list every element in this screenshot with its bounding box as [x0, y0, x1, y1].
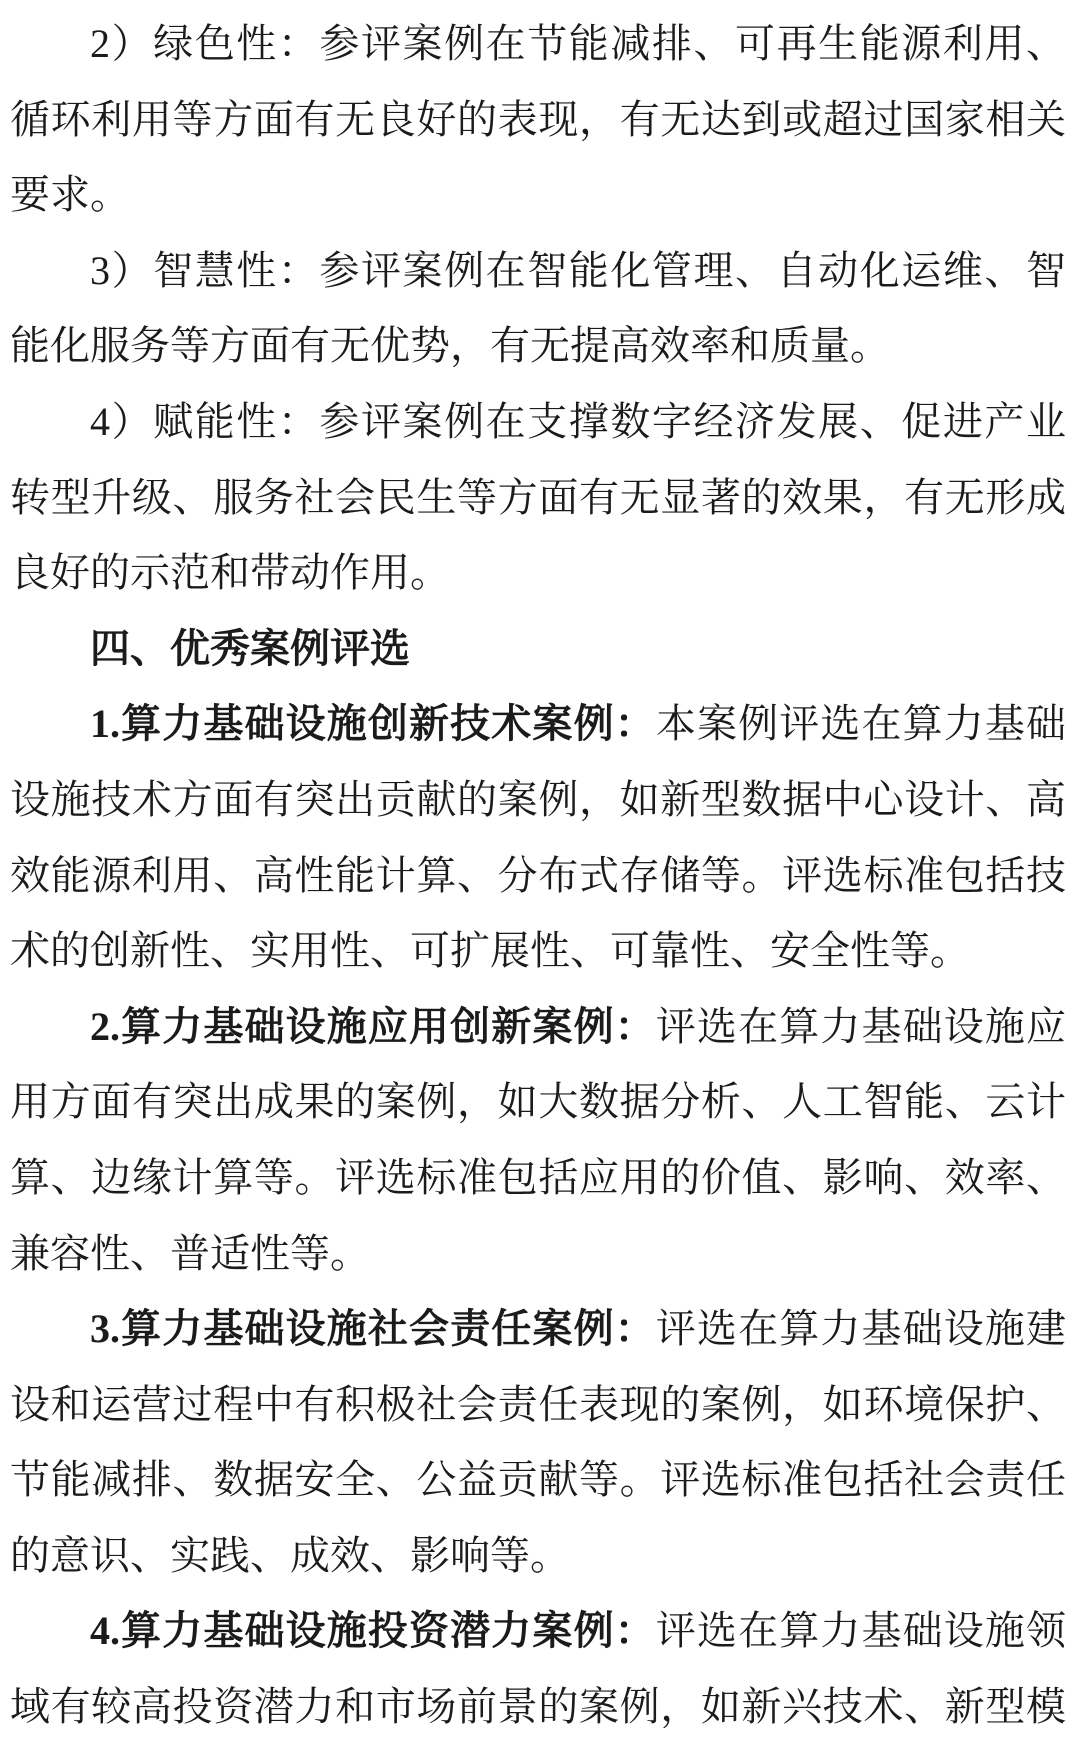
line-text-segment: 4）赋能性：参评案例在支撑数字经济发展、促进产业 — [90, 399, 1066, 444]
line-bold-segment: 2.算力基础设施应用创新案例： — [90, 1004, 656, 1049]
text-line: 4）赋能性：参评案例在支撑数字经济发展、促进产业 — [10, 384, 1066, 460]
line-text-segment: 设施技术方面有突出贡献的案例，如新型数据中心设计、高 — [10, 777, 1066, 822]
line-text-segment: 3）智慧性：参评案例在智能化管理、自动化运维、智 — [90, 248, 1066, 293]
line-text-segment: 兼容性、普适性等。 — [10, 1231, 370, 1276]
line-text-segment: 要求。 — [10, 172, 130, 217]
line-text-segment: 能化服务等方面有无优势，有无提高效率和质量。 — [10, 323, 890, 368]
text-line: 域有较高投资潜力和市场前景的案例，如新兴技术、新型模 — [10, 1669, 1066, 1745]
line-text-segment: 良好的示范和带动作用。 — [10, 550, 450, 595]
text-line: 良好的示范和带动作用。 — [10, 535, 1066, 611]
text-line: 转型升级、服务社会民生等方面有无显著的效果，有无形成 — [10, 460, 1066, 536]
line-text-segment: 节能减排、数据安全、公益贡献等。评选标准包括社会责任 — [10, 1457, 1066, 1502]
text-line: 算、边缘计算等。评选标准包括应用的价值、影响、效率、 — [10, 1140, 1066, 1216]
text-line: 节能减排、数据安全、公益贡献等。评选标准包括社会责任 — [10, 1442, 1066, 1518]
line-text-segment: 评选在算力基础设施建 — [656, 1306, 1066, 1351]
line-text-segment: 本案例评选在算力基础 — [656, 701, 1066, 746]
line-text-segment: 的意识、实践、成效、影响等。 — [10, 1533, 570, 1578]
text-line: 术的创新性、实用性、可扩展性、可靠性、安全性等。 — [10, 913, 1066, 989]
line-text-segment: 域有较高投资潜力和市场前景的案例，如新兴技术、新型模 — [10, 1684, 1066, 1729]
line-text-segment: 2）绿色性：参评案例在节能减排、可再生能源利用、 — [90, 21, 1066, 66]
text-line: 2.算力基础设施应用创新案例：评选在算力基础设施应 — [10, 989, 1066, 1065]
line-text-segment: 评选在算力基础设施应 — [656, 1004, 1066, 1049]
text-line: 4.算力基础设施投资潜力案例：评选在算力基础设施领 — [10, 1593, 1066, 1669]
line-text-segment: 评选在算力基础设施领 — [656, 1608, 1066, 1653]
text-line: 1.算力基础设施创新技术案例：本案例评选在算力基础 — [10, 686, 1066, 762]
text-line: 要求。 — [10, 157, 1066, 233]
line-text-segment: 效能源利用、高性能计算、分布式存储等。评选标准包括技 — [10, 853, 1066, 898]
line-text-segment: 设和运营过程中有积极社会责任表现的案例，如环境保护、 — [10, 1382, 1066, 1427]
line-text-segment: 转型升级、服务社会民生等方面有无显著的效果，有无形成 — [10, 475, 1066, 520]
text-line: 能化服务等方面有无优势，有无提高效率和质量。 — [10, 308, 1066, 384]
line-bold-segment: 四、优秀案例评选 — [90, 626, 410, 671]
line-text-segment: 循环利用等方面有无良好的表现，有无达到或超过国家相关 — [10, 97, 1066, 142]
text-line: 设和运营过程中有积极社会责任表现的案例，如环境保护、 — [10, 1367, 1066, 1443]
line-text-segment: 算、边缘计算等。评选标准包括应用的价值、影响、效率、 — [10, 1155, 1066, 1200]
text-line: 兼容性、普适性等。 — [10, 1216, 1066, 1292]
line-bold-segment: 3.算力基础设施社会责任案例： — [90, 1306, 656, 1351]
document-page: 2）绿色性：参评案例在节能减排、可再生能源利用、 循环利用等方面有无良好的表现，… — [0, 0, 1080, 1747]
text-line: 的意识、实践、成效、影响等。 — [10, 1518, 1066, 1594]
text-line: 循环利用等方面有无良好的表现，有无达到或超过国家相关 — [10, 82, 1066, 158]
text-line: 2）绿色性：参评案例在节能减排、可再生能源利用、 — [10, 6, 1066, 82]
text-line: 用方面有突出成果的案例，如大数据分析、人工智能、云计 — [10, 1064, 1066, 1140]
text-line: 3）智慧性：参评案例在智能化管理、自动化运维、智 — [10, 233, 1066, 309]
line-bold-segment: 1.算力基础设施创新技术案例： — [90, 701, 656, 746]
section-heading: 四、优秀案例评选 — [10, 611, 1066, 687]
text-line: 3.算力基础设施社会责任案例：评选在算力基础设施建 — [10, 1291, 1066, 1367]
line-text-segment: 术的创新性、实用性、可扩展性、可靠性、安全性等。 — [10, 928, 970, 973]
line-text-segment: 用方面有突出成果的案例，如大数据分析、人工智能、云计 — [10, 1079, 1066, 1124]
text-line: 效能源利用、高性能计算、分布式存储等。评选标准包括技 — [10, 838, 1066, 914]
line-bold-segment: 4.算力基础设施投资潜力案例： — [90, 1608, 656, 1653]
text-line: 设施技术方面有突出贡献的案例，如新型数据中心设计、高 — [10, 762, 1066, 838]
